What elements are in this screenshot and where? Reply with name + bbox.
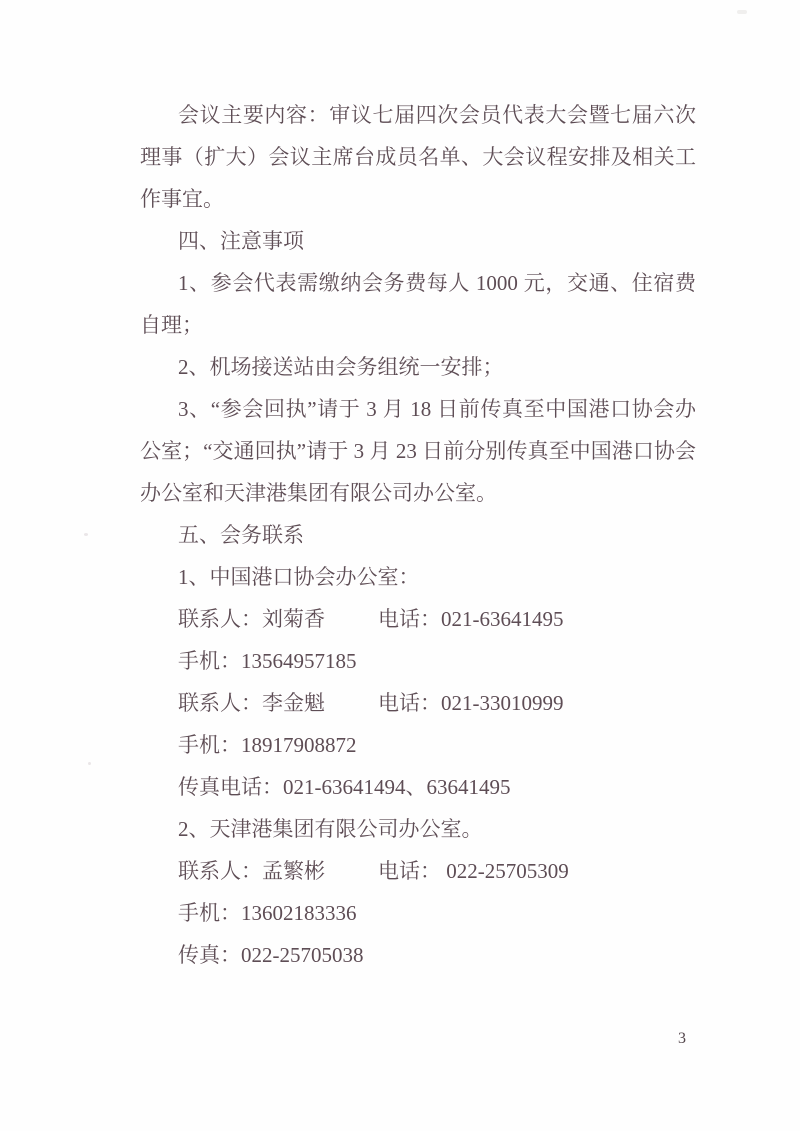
contact-row-office1-2: 联系人：李金魁电话：021-33010999 [140, 682, 696, 724]
contact-mobile: 手机：13602183336 [140, 892, 696, 934]
contact-mobile: 手机：18917908872 [140, 724, 696, 766]
contact-row-office2: 联系人：孟繁彬电话： 022-25705309 [140, 850, 696, 892]
contact-phone: 电话： 022-25705309 [378, 859, 569, 883]
office1-heading: 1、中国港口协会办公室： [140, 556, 696, 598]
body-text: 会议主要内容：审议七届四次会员代表大会暨七届六次理事（扩大）会议主席台成员名单、… [140, 94, 696, 976]
note-item-2: 2、机场接送站由会务组统一安排； [140, 346, 696, 388]
contact-phone: 电话：021-63641495 [378, 607, 564, 631]
scan-speckle [84, 533, 88, 536]
contact-phone: 电话：021-33010999 [378, 691, 564, 715]
contact-name: 联系人：孟繁彬 [178, 850, 378, 892]
contact-name: 联系人：李金魁 [178, 682, 378, 724]
office2-fax: 传真：022-25705038 [140, 934, 696, 976]
contact-name: 联系人：刘菊香 [178, 598, 378, 640]
page-number: 3 [678, 1029, 686, 1049]
scan-speckle [737, 10, 747, 14]
section-heading-notes: 四、注意事项 [140, 220, 696, 262]
office2-heading: 2、天津港集团有限公司办公室。 [140, 808, 696, 850]
section-heading-contacts: 五、会务联系 [140, 514, 696, 556]
scan-speckle [88, 762, 91, 765]
document-page: 会议主要内容：审议七届四次会员代表大会暨七届六次理事（扩大）会议主席台成员名单、… [0, 0, 800, 1131]
note-item-3: 3、“参会回执”请于 3 月 18 日前传真至中国港口协会办公室；“交通回执”请… [140, 388, 696, 514]
note-item-1: 1、参会代表需缴纳会务费每人 1000 元，交通、住宿费自理； [140, 262, 696, 346]
contact-row-office1-1: 联系人：刘菊香电话：021-63641495 [140, 598, 696, 640]
office1-fax: 传真电话：021-63641494、63641495 [140, 766, 696, 808]
contact-mobile: 手机：13564957185 [140, 640, 696, 682]
paragraph-meeting-content: 会议主要内容：审议七届四次会员代表大会暨七届六次理事（扩大）会议主席台成员名单、… [140, 94, 696, 220]
